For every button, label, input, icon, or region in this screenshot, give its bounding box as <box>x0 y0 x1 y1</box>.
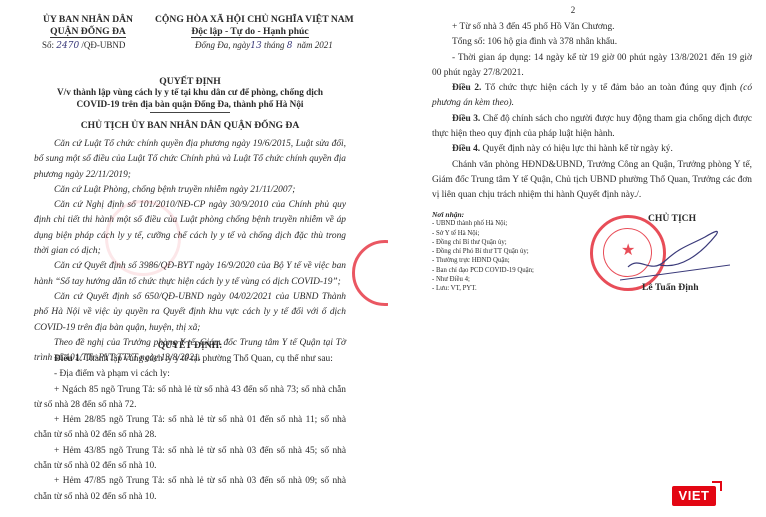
article-4: Điều 4. Quyết định này có hiệu lực thi h… <box>432 142 752 157</box>
scope-item: + Hẻm 47/85 ngõ Trung Tả: số nhà lẻ từ s… <box>34 474 346 505</box>
recipient: - Sở Y tế Hà Nội; <box>432 229 534 238</box>
decision-heading: QUYẾT ĐỊNH: <box>0 340 380 352</box>
article1-label: Điều 1. <box>54 354 82 364</box>
page-2: 2 + Từ số nhà 3 đến 45 phố Hồ Văn Chương… <box>380 0 766 517</box>
scope-item: + Hẻm 43/85 ngõ Trung Tả: số nhà lẻ từ s… <box>34 444 346 475</box>
issuer-block: ỦY BAN NHÂN DÂN QUẬN ĐỐNG ĐA <box>40 14 136 38</box>
viet-logo: VIET <box>672 486 716 506</box>
recipient: - UBND thành phố Hà Nội; <box>432 219 534 228</box>
scope-item-last: + Từ số nhà 3 đến 45 phố Hồ Văn Chương. <box>432 20 752 35</box>
authority-heading: CHỦ TỊCH ỦY BAN NHÂN DÂN QUẬN ĐỐNG ĐA <box>0 120 380 132</box>
scope-label: - Địa điểm và phạm vi cách ly: <box>34 367 346 382</box>
issuer-line1: ỦY BAN NHÂN DÂN <box>40 14 136 26</box>
signer-title: CHỦ TỊCH <box>648 213 696 225</box>
basis-5: Căn cứ Quyết định số 650/QĐ-UBND ngày 04… <box>34 290 346 336</box>
recipients: Nơi nhận: - UBND thành phố Hà Nội; - Sở … <box>432 210 534 294</box>
duration: - Thời gian áp dụng: 14 ngày kể từ 19 gi… <box>432 51 752 82</box>
recipient: - Như Điều 4; <box>432 275 534 284</box>
decision-subject: V/v thành lập vùng cách ly y tế tại khu … <box>0 86 380 110</box>
recipient: - Ban chỉ đạo PCD COVID-19 Quận; <box>432 266 534 275</box>
nation-line1: CỘNG HÒA XÃ HỘI CHỦ NGHĨA VIỆT NAM <box>155 14 345 26</box>
recipients-heading: Nơi nhận: <box>432 210 534 219</box>
basis-1: Căn cứ Luật Tổ chức chính quyền địa phươ… <box>34 137 346 183</box>
execution-clause: Chánh văn phòng HĐND&UBND, Trưởng Công a… <box>432 158 752 204</box>
page2-body: + Từ số nhà 3 đến 45 phố Hồ Văn Chương. … <box>432 20 752 204</box>
basis-4: Căn cứ Quyết định số 3986/QĐ-BYT ngày 16… <box>34 259 346 290</box>
recipient: - Đồng chí Phó Bí thư TT Quận ủy; <box>432 247 534 256</box>
basis-2: Căn cứ Luật Phòng, chống bệnh truyền nhi… <box>34 183 346 198</box>
article-2: Điều 2. Tổ chức thực hiện cách ly y tế đ… <box>432 81 752 112</box>
nation-line2: Độc lập - Tự do - Hạnh phúc <box>155 26 345 38</box>
page-number: 2 <box>380 5 766 15</box>
document-date: Đống Đa, ngày13 tháng 8 năm 2021 <box>195 40 333 51</box>
recipient: - Lưu: VT, PYT. <box>432 284 534 293</box>
page-1: ỦY BAN NHÂN DÂN QUẬN ĐỐNG ĐA Số: 2470 /Q… <box>0 0 380 517</box>
document-number: Số: 2470 /QĐ-UBND <box>42 40 125 51</box>
scope-item: + Ngách 85 ngõ Trung Tả: số nhà lẻ từ số… <box>34 383 346 414</box>
total-households: Tổng số: 106 hộ gia đình và 378 nhân khẩ… <box>432 35 752 50</box>
logo-corner-icon <box>712 481 722 491</box>
legal-bases: Căn cứ Luật Tổ chức chính quyền địa phươ… <box>34 137 346 366</box>
article-1: Điều 1. Thành lập vùng cách ly y tế tại … <box>34 352 346 505</box>
scope-item: + Hẻm 28/85 ngõ Trung Tả: số nhà lẻ từ s… <box>34 413 346 444</box>
issuer-line2: QUẬN ĐỐNG ĐA <box>40 26 136 38</box>
recipient: - Đồng chí Bí thư Quận ủy; <box>432 238 534 247</box>
signature <box>620 225 730 285</box>
ghost-seal <box>105 200 181 276</box>
divider <box>150 112 230 113</box>
recipient: - Thường trực HĐND Quận; <box>432 256 534 265</box>
basis-3: Căn cứ Nghị định số 101/2010/NĐ-CP ngày … <box>34 198 346 259</box>
national-motto: CỘNG HÒA XÃ HỘI CHỦ NGHĨA VIỆT NAM Độc l… <box>155 14 345 38</box>
signer-name: Lê Tuấn Định <box>642 282 699 294</box>
article-3: Điều 3. Chế độ chính sách cho người được… <box>432 112 752 143</box>
